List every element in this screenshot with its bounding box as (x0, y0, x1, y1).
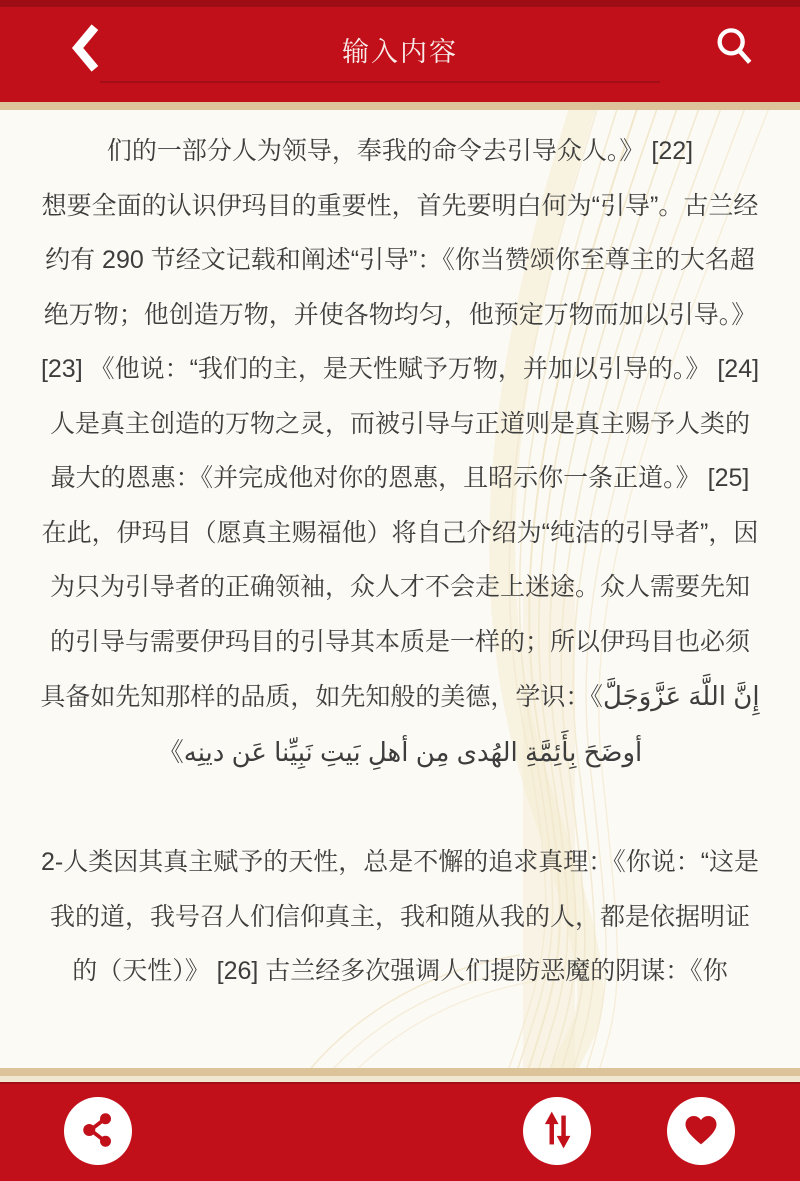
header: 输入内容 (0, 0, 800, 102)
swap-arrows-icon (536, 1107, 578, 1156)
share-button[interactable] (64, 1097, 132, 1165)
content-scroll-area[interactable]: 们的一部分人为领导，奉我的命令去引导众人。》 [22] 想要全面的认识伊玛目的重… (0, 110, 800, 1068)
paragraph-guidance-intro: 想要全面的认识伊玛目的重要性，首先要明白何为“引导”。古兰经约有 290 节经文… (38, 179, 762, 506)
paragraph-section-2: 2-人类因其真主赋予的天性，总是不懈的追求真理：《你说：“这是我的道，我号召人们… (38, 835, 762, 999)
header-underline (100, 81, 660, 83)
sort-button[interactable] (523, 1097, 591, 1165)
heart-icon (681, 1110, 721, 1153)
bottom-toolbar (0, 1082, 800, 1181)
favorite-button[interactable] (667, 1097, 735, 1165)
page-title: 输入内容 (0, 30, 800, 69)
gold-divider-top (0, 102, 800, 110)
article-text: 们的一部分人为领导，奉我的命令去引导众人。》 [22] 想要全面的认识伊玛目的重… (0, 110, 800, 999)
search-icon (712, 62, 758, 77)
share-icon (78, 1110, 118, 1153)
paragraph-quote-continuation: 们的一部分人为领导，奉我的命令去引导众人。》 [22] (38, 124, 762, 179)
status-bar-strip (0, 0, 800, 7)
gold-divider-bottom (0, 1068, 800, 1076)
paragraph-arabic-quote: أوضَحَ بِأَئِمَّةِ الهُدى مِن أهلِ بَيتِ… (38, 725, 762, 780)
search-button[interactable] (712, 20, 758, 74)
app-screen: 输入内容 (0, 0, 800, 1181)
paragraph-imam-as-guide: 在此，伊玛目（愿真主赐福他）将自己介绍为“纯洁的引导者”，因为只为引导者的正确领… (38, 506, 762, 725)
arabic-inline-phrase: إِنَّ اللَّهَ عَزَّوَجَلَّ (603, 681, 760, 711)
